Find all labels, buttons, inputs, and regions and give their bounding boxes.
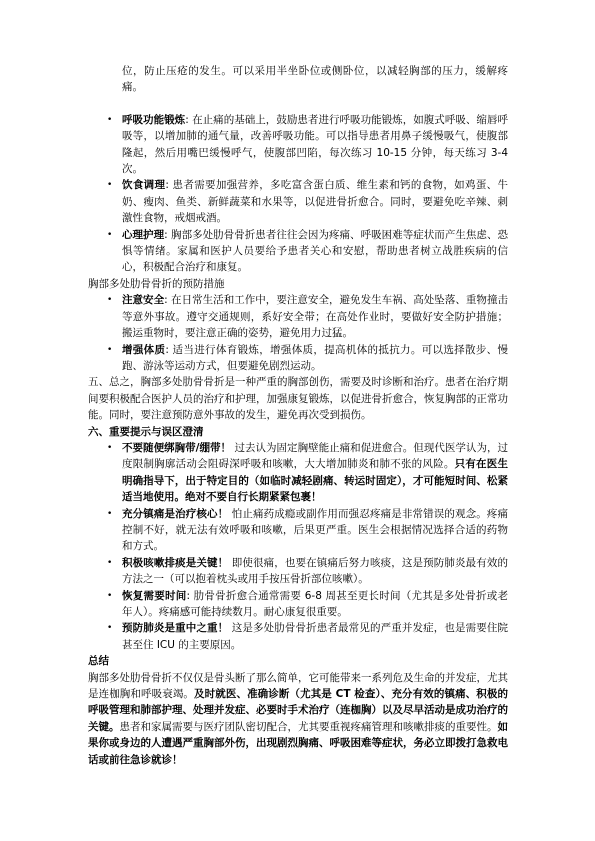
section-heading: 胸部多处肋骨骨折的预防措施 <box>88 276 508 292</box>
text-run: 总结 <box>88 655 109 667</box>
paragraph: 位，防止压疮的发生。可以采用半坐卧位或侧卧位，以减轻胸部的压力，缓解疼痛。 <box>122 63 508 96</box>
section-heading: 六、重要提示与误区澄清 <box>88 424 508 440</box>
text-run: 充分镇痛是治疗核心！ <box>122 508 228 520</box>
text-run: 五、总之，胸部多处肋骨骨折是一种严重的胸部创伤，需要及时诊断和治疗。患者在治疗期… <box>88 376 508 421</box>
bullet-icon: • <box>107 440 112 456</box>
bullet-icon: • <box>107 177 112 193</box>
text-run: : 胸部多处肋骨骨折患者往往会因为疼痛、呼吸困难等症状而产生焦虑、恐惧等情绪。家… <box>122 229 508 274</box>
list-item: •饮食调理: 患者需要加强营养，多吃富含蛋白质、维生素和钙的食物，如鸡蛋、牛奶、… <box>88 177 508 226</box>
list-item: •呼吸功能锻炼: 在止痛的基础上，鼓励患者进行呼吸功能锻炼，如腹式呼吸、缩唇呼吸… <box>88 112 508 178</box>
paragraph: 五、总之，胸部多处肋骨骨折是一种严重的胸部创伤，需要及时诊断和治疗。患者在治疗期… <box>88 374 508 423</box>
text-run: 饮食调理 <box>122 179 165 191</box>
document-page: 位，防止压疮的发生。可以采用半坐卧位或侧卧位，以减轻胸部的压力，缓解疼痛。•呼吸… <box>0 0 595 841</box>
bullet-icon: • <box>107 620 112 636</box>
text-run: 增强体质 <box>122 344 165 356</box>
bullet-icon: • <box>107 292 112 308</box>
text-run: : 在日常生活和工作中，要注意安全，避免发生车祸、高处坠落、重物撞击等意外事故。… <box>122 294 508 339</box>
bullet-icon: • <box>107 112 112 128</box>
text-run: 位，防止压疮的发生。可以采用半坐卧位或侧卧位，以减轻胸部的压力，缓解疼痛。 <box>122 65 508 93</box>
list-item: •心理护理: 胸部多处肋骨骨折患者往往会因为疼痛、呼吸困难等症状而产生焦虑、恐惧… <box>88 227 508 276</box>
text-run: 恢复需要时间 <box>122 590 187 602</box>
list-item: •增强体质: 适当进行体育锻炼，增强体质，提高机体的抵抗力。可以选择散步、慢跑、… <box>88 342 508 375</box>
text-run: 六、重要提示与误区澄清 <box>88 426 204 438</box>
text-run: 注意安全 <box>122 294 164 306</box>
list-item: •积极咳嗽排痰是关键！ 即使很痛，也要在镇痛后努力咳痰，这是预防肺炎最有效的方法… <box>88 555 508 588</box>
list-item: •注意安全: 在日常生活和工作中，要注意安全，避免发生车祸、高处坠落、重物撞击等… <box>88 292 508 341</box>
bullet-icon: • <box>107 227 112 243</box>
bullet-icon: • <box>107 342 112 358</box>
list-item: •充分镇痛是治疗核心！ 怕止痛药成瘾或副作用而强忍疼痛是非常错误的观念。疼痛控制… <box>88 506 508 555</box>
text-run: 呼吸功能锻炼 <box>122 114 185 126</box>
bullet-list: •注意安全: 在日常生活和工作中，要注意安全，避免发生车祸、高处坠落、重物撞击等… <box>88 292 508 374</box>
text-run: 预防肺炎是重中之重！ <box>122 622 228 634</box>
text-run: 患者和家属需要与医疗团队密切配合，尤其要重视疼痛管理和咳嗽排痰的重要性。 <box>120 721 498 733</box>
bullet-list: •呼吸功能锻炼: 在止痛的基础上，鼓励患者进行呼吸功能锻炼，如腹式呼吸、缩唇呼吸… <box>88 112 508 276</box>
text-run: 心理护理 <box>122 229 164 241</box>
list-item: •不要随便绑胸带/绷带！ 过去认为固定胸壁能止痛和促进愈合。但现代医学认为，过度… <box>88 440 508 506</box>
text-run: : 患者需要加强营养，多吃富含蛋白质、维生素和钙的食物，如鸡蛋、牛奶、瘦肉、鱼类… <box>122 179 508 224</box>
section-heading: 总结 <box>88 653 508 669</box>
bullet-icon: • <box>107 506 112 522</box>
bullet-list: •不要随便绑胸带/绷带！ 过去认为固定胸壁能止痛和促进愈合。但现代医学认为，过度… <box>88 440 508 653</box>
text-run: 不要随便绑胸带/绷带！ <box>122 442 231 454</box>
text-run: 胸部多处肋骨骨折的预防措施 <box>88 278 225 290</box>
bullet-icon: • <box>107 588 112 604</box>
list-item: •恢复需要时间: 肋骨骨折愈合通常需要 6-8 周甚至更长时间（尤其是多处骨折或… <box>88 588 508 621</box>
list-item: •预防肺炎是重中之重！ 这是多处肋骨骨折患者最常见的严重并发症，也是需要住院甚至… <box>88 620 508 653</box>
bullet-icon: • <box>107 555 112 571</box>
document-body: 位，防止压疮的发生。可以采用半坐卧位或侧卧位，以减轻胸部的压力，缓解疼痛。•呼吸… <box>88 63 508 768</box>
paragraph: 胸部多处肋骨骨折不仅仅是骨头断了那么简单，它可能带来一系列危及生命的并发症，尤其… <box>88 670 508 768</box>
text-run: : 适当进行体育锻炼，增强体质，提高机体的抵抗力。可以选择散步、慢跑、游泳等运动… <box>122 344 508 372</box>
text-run: 积极咳嗽排痰是关键！ <box>122 557 228 569</box>
